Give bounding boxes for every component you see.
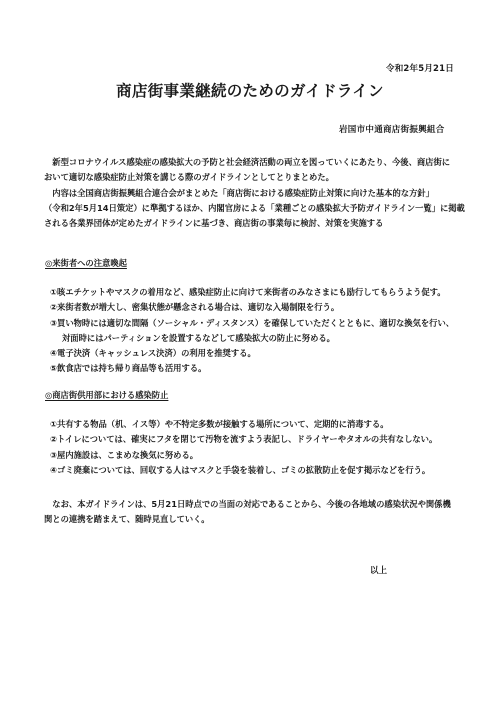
list-item: ③屋内施設は、こまめな換気に努める。: [50, 448, 437, 463]
closing-paragraph: なお、本ガイドラインは、5月21日時点での当面の対応であることから、今後の各地域…: [44, 497, 464, 528]
intro-line: （令和2年5月14日策定）に準拠するほか、内閣官房による「業種ごとの感染拡大予防…: [44, 201, 464, 216]
document-page: 令和2年5月21日 商店街事業継続のためのガイドライン 岩国市中通商店街振興組合…: [0, 0, 500, 708]
intro-line: 内容は全国商店街振興組合連合会がまとめた「商店街における感染症防止対策に向けた基…: [44, 186, 464, 201]
list-item: ⑤飲食店では持ち帰り商品等も活用する。: [50, 361, 454, 376]
intro-line: おいて適切な感染症防止対策を講じる際のガイドラインとしてとりまとめた。: [44, 170, 464, 185]
list-item: ④電子決済（キャッシュレス決済）の利用を推奨する。: [50, 346, 454, 361]
issuing-organization: 岩国市中通商店街振興組合: [339, 123, 445, 135]
list-item: ②来街者数が増大し、密集状態が懸念される場合は、適切な入場制限を行う。: [50, 300, 454, 315]
list-item: ①共有する物品（机、イス等）や不特定多数が接触する場所について、定期的に消毒する…: [50, 417, 437, 432]
list-item-continuation: 対面時にはパーティションを設置するなどして感染拡大の防止に努める。: [50, 331, 454, 346]
intro-line: される各業界団体が定めたガイドラインに基づき、商店街の事業毎に検討、対策を実施す…: [44, 216, 464, 231]
list-item: ①咳エチケットやマスクの着用など、感染症防止に向けて来街者のみなさまにも励行して…: [50, 285, 454, 300]
list-item: ④ゴミ廃棄については、回収する人はマスクと手袋を装着し、ゴミの拡散防止を促す掲示…: [50, 463, 437, 478]
common-area-list: ①共有する物品（机、イス等）や不特定多数が接触する場所について、定期的に消毒する…: [50, 417, 437, 478]
intro-paragraph: 新型コロナウイルス感染症の感染拡大の予防と社会経済活動の両立を図っていくにあたり…: [44, 155, 464, 231]
end-mark: 以上: [370, 564, 387, 576]
visitor-notice-list: ①咳エチケットやマスクの着用など、感染症防止に向けて来街者のみなさまにも励行して…: [50, 285, 454, 377]
list-item: ②トイレについては、確実にフタを閉じて汚物を流すよう表記し、ドライヤーやタオルの…: [50, 432, 437, 447]
document-date: 令和2年5月21日: [386, 62, 454, 74]
section-heading-common-area: ◎商店街供用部における感染防止: [45, 389, 168, 401]
list-item: ③買い物時には適切な間隔（ソーシャル・ディスタンス）を確保していただくとともに、…: [50, 316, 454, 331]
closing-line: 関との連携を踏まえて、随時見直していく。: [44, 512, 464, 527]
section-heading-visitor-notice: ◎来街者への注意喚起: [45, 257, 127, 269]
intro-line: 新型コロナウイルス感染症の感染拡大の予防と社会経済活動の両立を図っていくにあたり…: [44, 155, 464, 170]
document-title: 商店街事業継続のためのガイドライン: [0, 79, 500, 101]
closing-line: なお、本ガイドラインは、5月21日時点での当面の対応であることから、今後の各地域…: [44, 497, 464, 512]
